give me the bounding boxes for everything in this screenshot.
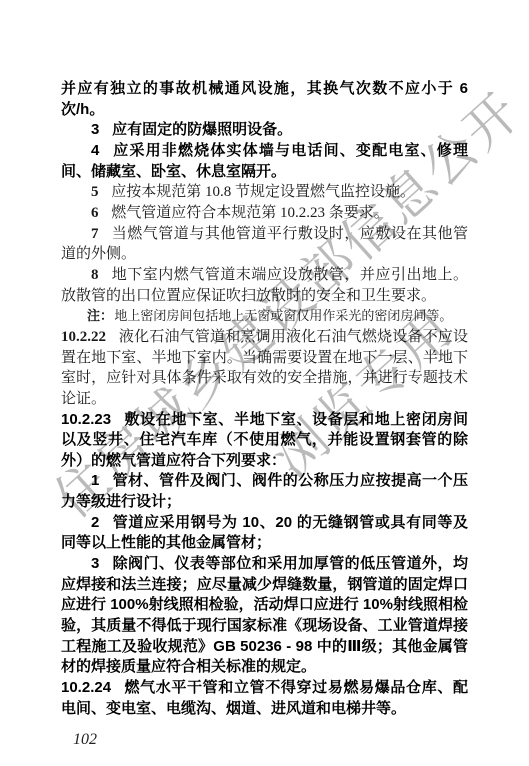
clause-text: 燃气水平干管和立管不得穿过易燃易爆品仓库、配电间、变电室、电缆沟、烟道、进风道和… xyxy=(61,679,468,717)
clause-text: 应采用非燃烧体实体墙与电话间、变配电室、修理间、储藏室、卧室、休息室隔开。 xyxy=(61,142,468,180)
document-body: 并应有独立的事故机械通风设施，其换气次数不应小于 6 次/h。3应有固定的防爆照… xyxy=(61,79,468,751)
document-page: 住房城乡建设部信息公开 浏览专用 并应有独立的事故机械通风设施，其换气次数不应小… xyxy=(0,0,529,766)
clause-number: 7 xyxy=(91,226,99,242)
clause-number: 注： xyxy=(87,308,113,323)
clause-text: 并应有独立的事故机械通风设施，其换气次数不应小于 6 次/h。 xyxy=(61,80,468,118)
page-number: 102 xyxy=(73,730,468,751)
clause-number: 1 xyxy=(91,472,99,489)
paragraph: 10.2.23敷设在地下室、半地下室、设备层和地上密闭房间以及竖井、住宅汽车库（… xyxy=(61,410,468,472)
paragraph: 7当燃气管道与其他管道平行敷设时，应敷设在其他管道的外侧。 xyxy=(61,224,468,265)
paragraph: 注：地上密闭房间包括地上无窗或窗仅用作采光的密闭房间等。 xyxy=(61,306,468,327)
paragraph: 8地下室内燃气管道末端应设放散管，并应引出地上。放散管的出口位置应保证吹扫放散时… xyxy=(61,265,468,306)
clause-number: 4 xyxy=(91,142,99,159)
clause-number: 10.2.22 xyxy=(61,329,106,345)
clause-number: 3 xyxy=(91,121,99,138)
paragraph: 4应采用非燃烧体实体墙与电话间、变配电室、修理间、储藏室、卧室、休息室隔开。 xyxy=(61,141,468,182)
clause-text: 管材、管件及阀门、阀件的公称压力应按提高一个压力等级进行设计； xyxy=(61,472,468,510)
clause-text: 地下室内燃气管道末端应设放散管，并应引出地上。放散管的出口位置应保证吹扫放散时的… xyxy=(61,267,468,304)
clause-text: 液化石油气管道和烹调用液化石油气燃烧设备不应设置在地下室、半地下室内。当确需要设… xyxy=(61,329,468,407)
clause-text: 地上密闭房间包括地上无窗或窗仅用作采光的密闭房间等。 xyxy=(114,308,452,323)
paragraph: 3除阀门、仪表等部位和采用加厚管的低压管道外，均应焊接和法兰连接；应尽量减少焊缝… xyxy=(61,554,468,678)
paragraph: 10.2.24燃气水平干管和立管不得穿过易燃易爆品仓库、配电间、变电室、电缆沟、… xyxy=(61,678,468,719)
clause-text: 除阀门、仪表等部位和采用加厚管的低压管道外，均应焊接和法兰连接；应尽量减少焊缝数… xyxy=(61,555,468,675)
clause-number: 10.2.24 xyxy=(61,679,111,696)
paragraph: 10.2.22液化石油气管道和烹调用液化石油气燃烧设备不应设置在地下室、半地下室… xyxy=(61,327,468,410)
clause-text: 敷设在地下室、半地下室、设备层和地上密闭房间以及竖井、住宅汽车库（不使用燃气，并… xyxy=(61,411,468,469)
clause-number: 2 xyxy=(91,514,99,531)
clause-text: 当燃气管道与其他管道平行敷设时，应敷设在其他管道的外侧。 xyxy=(61,226,468,263)
paragraph: 并应有独立的事故机械通风设施，其换气次数不应小于 6 次/h。 xyxy=(61,79,468,120)
paragraph: 6燃气管道应符合本规范第 10.2.23 条要求。 xyxy=(61,203,468,224)
clause-text: 管道应采用钢号为 10、20 的无缝钢管或具有同等及同等以上性能的其他金属管材； xyxy=(61,514,468,552)
clause-number: 5 xyxy=(91,184,99,200)
clause-number: 6 xyxy=(91,205,99,221)
paragraph: 2管道应采用钢号为 10、20 的无缝钢管或具有同等及同等以上性能的其他金属管材… xyxy=(61,513,468,554)
clause-text: 燃气管道应符合本规范第 10.2.23 条要求。 xyxy=(111,205,389,221)
clause-number: 3 xyxy=(91,555,99,572)
clause-number: 8 xyxy=(91,267,99,283)
paragraph: 3应有固定的防爆照明设备。 xyxy=(61,120,468,141)
clause-number: 10.2.23 xyxy=(61,411,111,428)
paragraph: 1管材、管件及阀门、阀件的公称压力应按提高一个压力等级进行设计； xyxy=(61,471,468,512)
clause-text: 应按本规范第 10.8 节规定设置燃气监控设施。 xyxy=(111,184,415,200)
paragraph: 5应按本规范第 10.8 节规定设置燃气监控设施。 xyxy=(61,182,468,203)
clause-text: 应有固定的防爆照明设备。 xyxy=(112,121,292,138)
